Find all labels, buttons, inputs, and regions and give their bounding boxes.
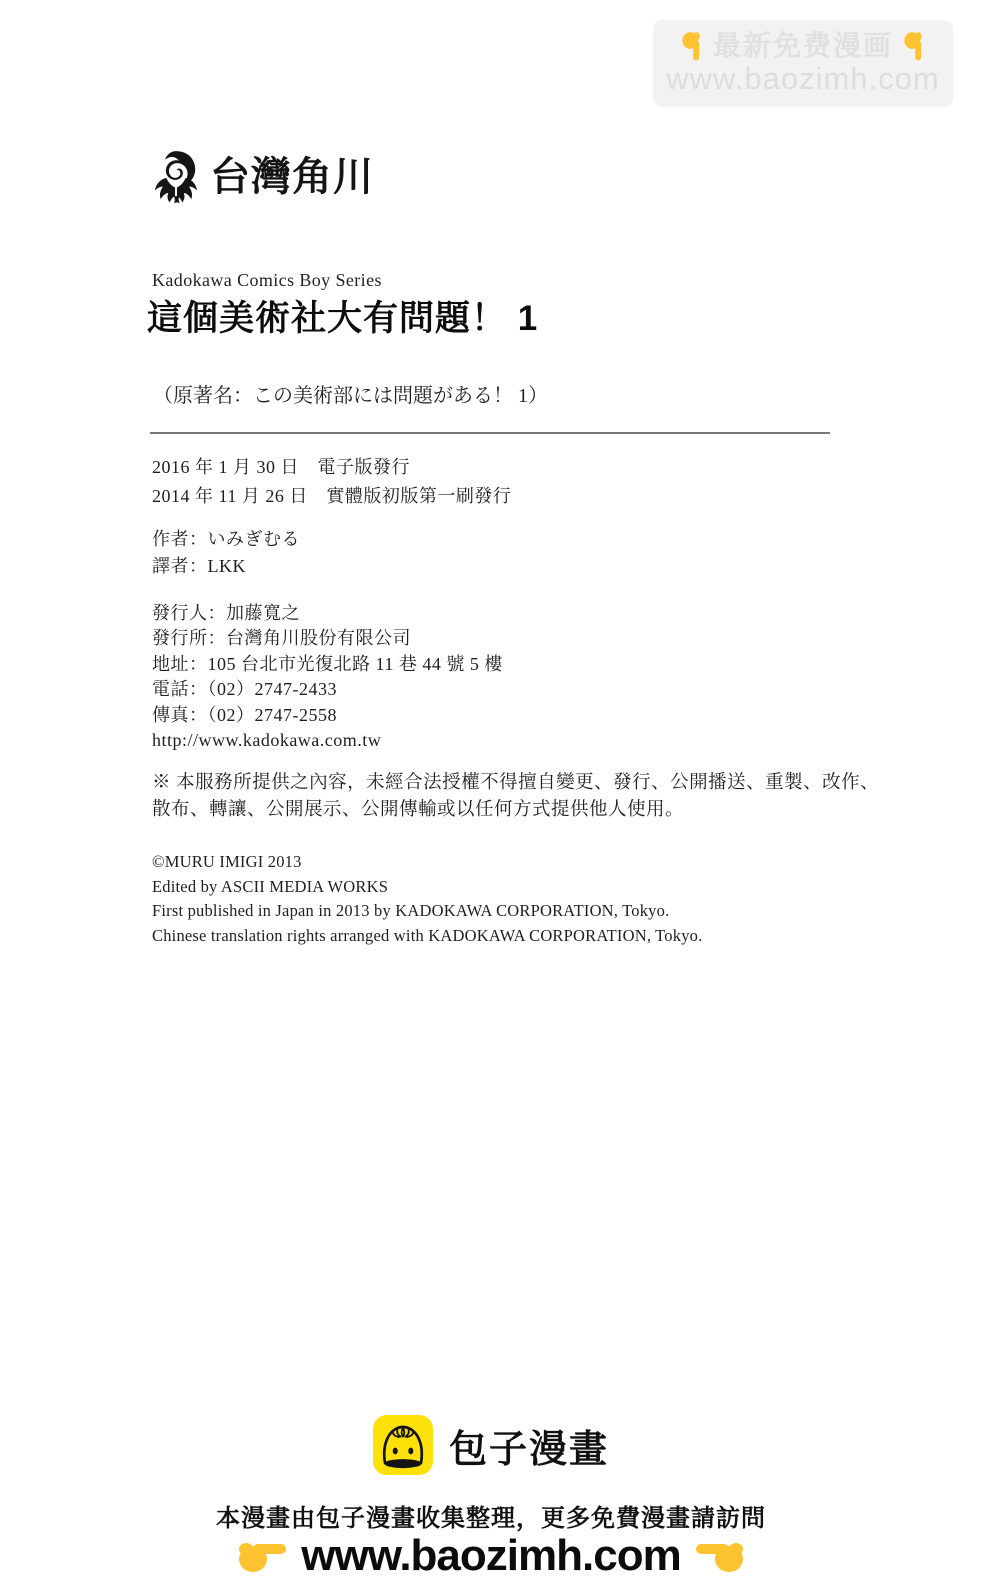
footer-note: 本漫畫由包子漫畫收集整理，更多免費漫畫請訪問 <box>0 1498 982 1533</box>
footer-brand: 包子漫畫 <box>0 1414 982 1476</box>
rights-disclaimer: ※ 本服務所提供之內容，未經合法授權不得擅自變更、發行、公開播送、重製、改作、 … <box>152 770 879 824</box>
point-down-icon <box>677 31 707 61</box>
disclaimer-line: 散布、轉讓、公開展示、公開傳輸或以任何方式提供他人使用。 <box>152 797 879 824</box>
point-right-icon <box>237 1537 287 1575</box>
copyright-line: Chinese translation rights arranged with… <box>152 924 702 949</box>
disclaimer-line: ※ 本服務所提供之內容，未經合法授權不得擅自變更、發行、公開播送、重製、改作、 <box>152 770 879 797</box>
point-down-icon <box>899 31 929 61</box>
watermark-title-row: 最新免费漫画 <box>677 31 929 62</box>
phoenix-logo-icon <box>152 150 200 204</box>
publisher-line: 發行人：加藤寬之 <box>152 601 503 626</box>
credit-line: 譯者：LKK <box>152 553 300 580</box>
publisher-line: 地址：105 台北市光復北路 11 巷 44 號 5 樓 <box>152 652 503 677</box>
credits: 作者：いみぎむる 譯者：LKK <box>152 526 300 580</box>
publisher-info: 發行人：加藤寬之 發行所：台灣角川股份有限公司 地址：105 台北市光復北路 1… <box>152 601 503 753</box>
publisher-line: 發行所：台灣角川股份有限公司 <box>152 626 503 651</box>
publisher-name: 台灣角川 <box>210 157 374 197</box>
copyright-line: ©MURU IMIGI 2013 <box>152 850 702 875</box>
original-title: （原著名：この美術部には問題がある！ 1） <box>153 379 548 408</box>
divider-line <box>150 432 830 434</box>
watermark-title: 最新免费漫画 <box>713 31 893 62</box>
publisher-website: http://www.kadokawa.com.tw <box>152 728 503 753</box>
site-watermark: 最新免费漫画 www.baozimh.com <box>653 20 953 107</box>
manga-colophon-page: 最新免费漫画 www.baozimh.com 台灣角川 Kadokawa Com… <box>0 0 982 1596</box>
footer-url: www.baozimh.com <box>301 1531 680 1581</box>
copyright-line: First published in Japan in 2013 by KADO… <box>152 899 702 924</box>
copyright-line: Edited by ASCII MEDIA WORKS <box>152 875 702 900</box>
edition-dates: 2016 年 1 月 30 日 電子版發行 2014 年 11 月 26 日 實… <box>152 453 511 511</box>
edition-line: 2016 年 1 月 30 日 電子版發行 <box>152 453 511 482</box>
footer-brand-name: 包子漫畫 <box>449 1418 609 1473</box>
publisher-line: 傳真：（02）2747-2558 <box>152 703 503 728</box>
publisher-brand: 台灣角川 <box>152 150 374 204</box>
point-left-icon <box>695 1537 745 1575</box>
edition-line: 2014 年 11 月 26 日 實體版初版第一刷發行 <box>152 482 511 511</box>
book-title: 這個美術社大有問題！ 1 <box>147 301 538 336</box>
series-label: Kadokawa Comics Boy Series <box>152 270 382 291</box>
copyright-block: ©MURU IMIGI 2013 Edited by ASCII MEDIA W… <box>152 850 702 948</box>
footer-url-row: www.baozimh.com <box>0 1531 982 1581</box>
publisher-line: 電話：（02）2747-2433 <box>152 677 503 702</box>
baozi-logo-icon <box>373 1414 433 1476</box>
credit-line: 作者：いみぎむる <box>152 526 300 553</box>
watermark-url: www.baozimh.com <box>666 62 939 96</box>
